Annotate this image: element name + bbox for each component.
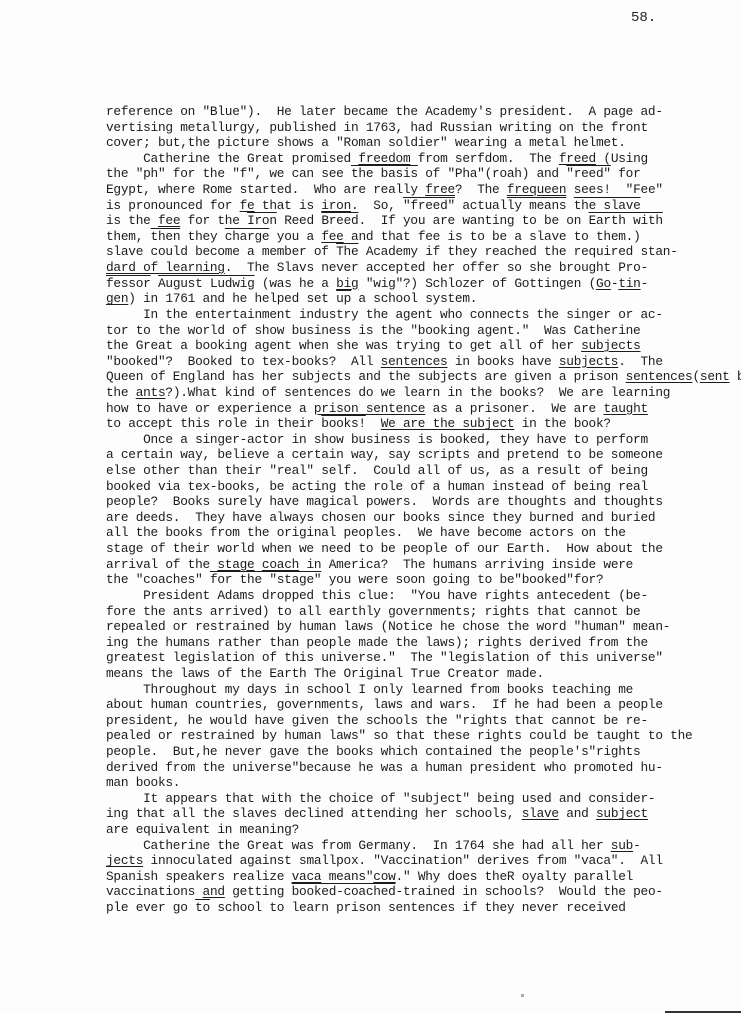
text-line: all the books from the original peoples.…: [106, 525, 741, 541]
underlined-word: fee: [158, 213, 180, 228]
text-run: ." Why does theR oyalty parallel: [396, 869, 634, 884]
text-line: President Adams dropped this clue: "You …: [106, 588, 741, 604]
underlined-word: cow: [373, 869, 395, 884]
text-run: Queen of England has her subjects and th…: [106, 369, 626, 384]
text-line: jects innoculated against smallpox. "Vac…: [106, 853, 741, 869]
overlined-word: the basis: [351, 166, 418, 181]
underlined-word: tin: [618, 276, 640, 291]
text-run: of "Pha"(roah) and: [418, 166, 566, 181]
underlined-word: freed: [559, 151, 596, 166]
text-line: Queen of England has her subjects and th…: [106, 369, 741, 385]
text-run: It appears that with the choice of "subj…: [106, 791, 655, 806]
text-line: Once a singer-actor in show business is …: [106, 432, 741, 448]
text-run: slave could become a member of: [106, 244, 336, 259]
text-line: is the fee for the Iron Reed Breed. If y…: [106, 213, 741, 229]
scan-edge-mark: [665, 1011, 741, 1013]
text-run: innoculated against smallpox. "Vaccinati…: [143, 853, 663, 868]
text-run: booked via tex-books, be acting the role…: [106, 479, 648, 494]
text-run: president, he would have given the schoo…: [106, 713, 648, 728]
text-line: dard of learning. The Slavs never accept…: [106, 260, 741, 276]
text-line: else other than their "real" self. Could…: [106, 463, 741, 479]
text-run: for: [611, 166, 641, 181]
text-line: Egypt, where Rome started. Who are reall…: [106, 182, 741, 198]
text-line: pealed or restrained by human laws" so t…: [106, 728, 741, 744]
text-line: stage of their world when we need to be …: [106, 541, 741, 557]
text-run: (was he a: [255, 276, 337, 291]
text-line: tor to the world of show business is the…: [106, 323, 741, 339]
text-line: how to have or experience a prison sente…: [106, 401, 741, 417]
overlined-word: up: [336, 291, 351, 306]
text-run: in the book?: [514, 416, 611, 431]
text-line: are equivalent in meaning?: [106, 822, 741, 838]
text-line: man books.: [106, 775, 741, 791]
text-run: ing the humans rather than people made t…: [106, 635, 648, 650]
overlined-word: books!: [321, 416, 366, 431]
overlined-word: the slave: [574, 198, 641, 213]
text-run: stage of their world when we need to be …: [106, 541, 663, 556]
text-run: -: [633, 838, 640, 853]
underlined-word: slave: [522, 806, 559, 821]
text-run: (Using: [596, 151, 648, 166]
underlined-word: sent: [700, 369, 730, 384]
text-line: In the entertainment industry the agent …: [106, 307, 741, 323]
text-line: about human countries, governments, laws…: [106, 697, 741, 713]
text-line: president, he would have given the schoo…: [106, 713, 741, 729]
scan-speck: [521, 994, 524, 997]
text-line: is pronounced for fe that is iron. So, "…: [106, 198, 741, 214]
text-line: Catherine the Great promised freedom fro…: [106, 151, 741, 167]
underlined-word: dard of learning: [106, 260, 225, 275]
text-run: about human countries, governments, laws…: [106, 697, 663, 712]
text-run: sees! "Fee": [566, 182, 663, 197]
text-line: "booked"? Booked to tex-books? All sente…: [106, 354, 741, 370]
text-run: Catherine the Great was from Germany. In…: [106, 838, 611, 853]
text-line: cover; but,the picture shows a "Roman so…: [106, 135, 741, 151]
text-line: the Great a booking agent when she was t…: [106, 338, 741, 354]
overlined-word: ly means: [507, 198, 566, 213]
text-run: "wig"?) Schlozer of Gottingen (: [358, 276, 596, 291]
underlined-word: sentences: [381, 354, 448, 369]
text-line: Catherine the Great was from Germany. In…: [106, 838, 741, 854]
text-run: a school system.: [351, 291, 477, 306]
underlined-word: stage: [217, 557, 254, 572]
overlined-word: The: [336, 244, 358, 259]
text-run: ple ever go: [106, 900, 195, 915]
text-line: them, then they charge you a fee and tha…: [106, 229, 741, 245]
text-run: reference on "Blue"). He later became th…: [106, 104, 663, 119]
underlined-word: frequeen: [507, 182, 566, 197]
text-line: booked via tex-books, be acting the role…: [106, 479, 741, 495]
text-line: reference on "Blue"). He later became th…: [106, 104, 741, 120]
text-run: as a prisoner. We are: [425, 401, 603, 416]
text-run: tor to the world of show business is the…: [106, 323, 640, 338]
overlined-word: Earth with: [589, 213, 663, 228]
underlined-word: and: [203, 884, 225, 899]
underlined-word: fee: [321, 229, 343, 244]
text-line: Throughout my days in school I only lear…: [106, 682, 741, 698]
text-line: a certain way, believe a certain way, sa…: [106, 447, 741, 463]
text-run: means": [321, 869, 373, 884]
text-run: ? The: [455, 182, 507, 197]
underlined-word: sub: [611, 838, 633, 853]
text-run: arrival of the: [106, 557, 217, 572]
underlined-word: subjects: [581, 338, 640, 353]
underlined-word: sentences: [626, 369, 693, 384]
text-run: greatest legislation of this universe." …: [106, 650, 663, 665]
text-run: Egypt, where Rome started. Who are reall…: [106, 182, 425, 197]
underlined-word: prison sentence: [314, 401, 425, 416]
text-line: It appears that with the choice of "subj…: [106, 791, 741, 807]
text-line: derived from the universe"because he was…: [106, 760, 741, 776]
text-run: all the books from the original peoples.…: [106, 525, 626, 540]
text-run: that is: [254, 198, 321, 213]
text-run: fore the ants arrived) to all earthly go…: [106, 604, 640, 619]
text-line: to accept this role in their books! We a…: [106, 416, 741, 432]
text-run: means the laws of the Earth The Original…: [106, 666, 544, 681]
underlined-word: subjects: [559, 354, 618, 369]
document-page: 58. reference on "Blue"). He later becam…: [0, 0, 741, 1014]
text-run: the "ph" for the "f", we can see: [106, 166, 351, 181]
text-run: how to have or experience a: [106, 401, 314, 416]
text-run: -: [641, 276, 648, 291]
underlined-word: iron: [321, 198, 351, 213]
text-run: ?).What kind of sentences do we learn in…: [165, 385, 670, 400]
text-run: school to learn prison sentences if they…: [210, 900, 626, 915]
overlined-word: for the "stage": [210, 572, 321, 587]
text-run: people. But,he never gave the books whic…: [106, 744, 640, 759]
text-line: ing the humans rather than people made t…: [106, 635, 741, 651]
overlined-word: Breed: [321, 213, 358, 228]
text-line: the "ph" for the "f", we can see the bas…: [106, 166, 741, 182]
text-run: repealed or restrained by human laws (No…: [106, 619, 670, 634]
text-line: gen) in 1761 and he helped set up a scho…: [106, 291, 741, 307]
text-line: ple ever go to school to learn prison se…: [106, 900, 741, 916]
underlined-word: subject: [596, 806, 648, 821]
underlined-word: fe: [240, 198, 255, 213]
text-line: people. But,he never gave the books whic…: [106, 744, 741, 760]
overlined-word: "reed": [566, 166, 611, 181]
text-run: ing that all the slaves declined attendi…: [106, 806, 522, 821]
text-run: man books.: [106, 775, 180, 790]
page-number: 58.: [631, 10, 656, 26]
text-line: the "coaches" for the "stage" you were s…: [106, 572, 741, 588]
text-line: people? Books surely have magical powers…: [106, 494, 741, 510]
text-run: they: [180, 229, 225, 244]
text-run: [151, 276, 158, 291]
underlined-word: taught: [603, 401, 648, 416]
text-run: is the: [106, 213, 158, 228]
text-run: getting: [225, 884, 292, 899]
text-run: by: [730, 369, 741, 384]
text-run: vaccinations: [106, 884, 203, 899]
text-run: Throughout my days in school I only lear…: [106, 682, 633, 697]
text-run: the: [106, 385, 136, 400]
text-run: Reed: [277, 213, 322, 228]
underlined-word: freedom: [358, 151, 410, 166]
overlined-word: "freed": [403, 198, 455, 213]
text-run: in America? The humans arriving inside w…: [299, 557, 633, 572]
text-run: you a: [269, 229, 321, 244]
text-run: pealed or restrained by human laws" so t…: [106, 728, 692, 743]
body-text: reference on "Blue"). He later became th…: [106, 104, 741, 916]
text-line: greatest legislation of this universe." …: [106, 650, 741, 666]
text-run: President Adams dropped this clue: "You …: [106, 588, 648, 603]
text-run: Once a singer-actor in show business is …: [106, 432, 648, 447]
underlined-word: coach: [262, 557, 299, 572]
underlined-word: We are the subject: [381, 416, 515, 431]
text-run: "booked"? Booked to tex-books? All: [106, 354, 381, 369]
text-line: means the laws of the Earth The Original…: [106, 666, 741, 682]
overlined-word: then: [151, 229, 181, 244]
overlined-word: charge: [225, 229, 270, 244]
text-run: people? Books surely have magical powers…: [106, 494, 663, 509]
text-run: In the entertainment industry the agent …: [106, 307, 663, 322]
text-line: vaccinations and getting booked-coached-…: [106, 884, 741, 900]
text-run: . If you are wanting to be on: [358, 213, 588, 228]
text-run: and that fee is to be a slave to them.): [344, 229, 641, 244]
text-run: the "coaches": [106, 572, 210, 587]
text-run: (: [692, 369, 699, 384]
text-run: from serfdom. The: [410, 151, 558, 166]
text-run: for the: [180, 213, 247, 228]
text-line: repealed or restrained by human laws (No…: [106, 619, 741, 635]
text-run: actual: [455, 198, 507, 213]
text-run: [566, 198, 573, 213]
text-run: . The Slavs never accepted her offer so …: [225, 260, 648, 275]
text-run: . So,: [351, 198, 403, 213]
text-line: the ants?).What kind of sentences do we …: [106, 385, 741, 401]
overlined-word: fessor: [106, 276, 151, 291]
underlined-word: vaca: [292, 869, 322, 884]
text-run: else other than their "real" self. Could…: [106, 463, 648, 478]
text-line: ing that all the slaves declined attendi…: [106, 806, 741, 822]
text-run: Academy if they reached the required sta…: [358, 244, 677, 259]
underlined-word: Go: [596, 276, 611, 291]
text-run: . The: [618, 354, 663, 369]
overlined-word: to: [195, 900, 210, 915]
text-line: fore the ants arrived) to all earthly go…: [106, 604, 741, 620]
underlined-word: jects: [106, 853, 143, 868]
text-run: a certain way, believe a certain way, sa…: [106, 447, 663, 462]
text-line: are deeds. They have always chosen our b…: [106, 510, 741, 526]
text-run: is pronounced for: [106, 198, 240, 213]
overlined-word: Iron: [247, 213, 277, 228]
text-run: to accept this role in their: [106, 416, 321, 431]
underlined-word: free: [425, 182, 455, 197]
text-run: [254, 557, 261, 572]
underlined-word: big: [336, 276, 358, 291]
text-line: vertising metallurgy, published in 1763,…: [106, 120, 741, 136]
text-run: the Great a booking agent when she was t…: [106, 338, 581, 353]
text-run: -trained in schools? Would the peo-: [396, 884, 663, 899]
overlined-word: booked-coached: [292, 884, 396, 899]
underlined-word: ants: [136, 385, 166, 400]
text-run: Catherine the Great promised: [106, 151, 358, 166]
text-line: Spanish speakers realize vaca means"cow.…: [106, 869, 741, 885]
text-run: them,: [106, 229, 151, 244]
text-run: you were soon going to be"booked"for?: [321, 572, 603, 587]
overlined-word: August Ludwig: [158, 276, 255, 291]
text-run: derived from the universe"because he was…: [106, 760, 663, 775]
text-line: arrival of the stage coach in America? T…: [106, 557, 741, 573]
text-run: are deeds. They have always chosen our b…: [106, 510, 655, 525]
text-line: slave could become a member of The Acade…: [106, 244, 741, 260]
text-run: [366, 416, 381, 431]
text-line: fessor August Ludwig (was he a big "wig"…: [106, 276, 741, 292]
text-run: and: [559, 806, 596, 821]
text-run: are equivalent in meaning?: [106, 822, 299, 837]
underlined-word: gen: [106, 291, 128, 306]
text-run: ) in 1761 and he helped set: [128, 291, 336, 306]
text-run: cover; but,the picture shows a "Roman so…: [106, 135, 626, 150]
text-run: Spanish speakers realize: [106, 869, 292, 884]
text-run: in books have: [447, 354, 558, 369]
text-run: vertising metallurgy, published in 1763,…: [106, 120, 648, 135]
